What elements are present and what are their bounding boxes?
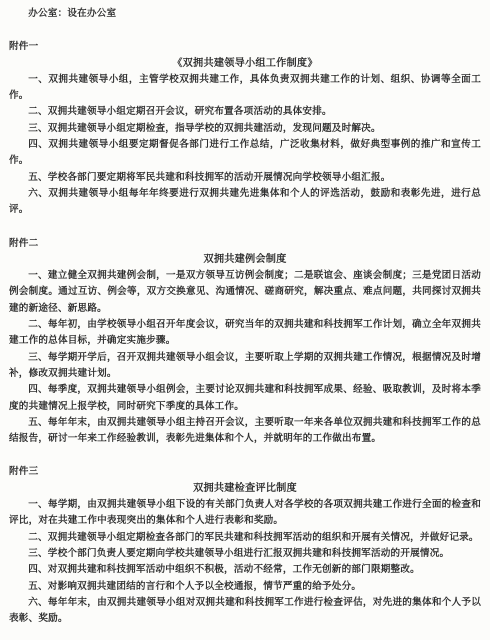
attachment-3-section: 附件三 双拥共建检查评比制度 一、每学期，由双拥共建领导小组下设的有关部门负责人… bbox=[9, 464, 481, 627]
attachment-3-paragraph: 六、每年年末，由双拥共建领导小组对双拥共建和科技拥军工作进行检查评估，对先进的集… bbox=[9, 595, 481, 628]
attachment-3-paragraph: 三、学校个部门负责人要定期向学校共建领导小组进行汇报双拥共建和科技拥军活动的开展… bbox=[9, 546, 481, 562]
attachment-1-paragraph: 三、双拥共建领导小组定期检查，指导学校的双拥共建活动，发现问题及时解决。 bbox=[9, 121, 481, 137]
document-page: 办公室：设在办公室 附件一 《双拥共建领导小组工作制度》 一、双拥共建领导小组，… bbox=[0, 0, 490, 640]
attachment-2-paragraph: 四、每季度，双拥共建领导小组例会，主要讨论双拥共建和科技拥军成果、经验、吸取教训… bbox=[9, 382, 481, 415]
attachment-2-paragraph: 一、建立健全双拥共建例会制，一是双方领导互访例会制度；二是联谊会、座谈会制度；三… bbox=[9, 268, 481, 317]
attachment-2-title: 双拥共建例会制度 bbox=[9, 252, 481, 268]
attachment-1-label: 附件一 bbox=[9, 39, 481, 55]
attachment-1-paragraph: 二、双拥共建领导小组定期召开会议，研究布置各项活动的具体安排。 bbox=[9, 104, 481, 120]
attachment-1-paragraph: 五、学校各部门要定期将军民共建和科技拥军的活动开展情况向学校领导小组汇报。 bbox=[9, 170, 481, 186]
attachment-3-label: 附件三 bbox=[9, 464, 481, 480]
attachment-3-paragraph: 一、每学期，由双拥共建领导小组下设的有关部门负责人对各学校的各项双拥共建工作进行… bbox=[9, 497, 481, 530]
attachment-1-title: 《双拥共建领导小组工作制度》 bbox=[9, 56, 481, 72]
attachment-3-paragraph: 五、对影响双拥共建团结的言行和个人予以全校通报，情节严重的给予处分。 bbox=[9, 579, 481, 595]
office-note-line: 办公室：设在办公室 bbox=[9, 6, 481, 22]
attachment-1-paragraph: 四、双拥共建领导小组要定期督促各部门进行工作总结，广泛收集材料，做好典型事例的推… bbox=[9, 137, 481, 170]
attachment-2-label: 附件二 bbox=[9, 236, 481, 252]
attachment-1-section: 附件一 《双拥共建领导小组工作制度》 一、双拥共建领导小组，主管学校双拥共建工作… bbox=[9, 39, 481, 218]
attachment-2-section: 附件二 双拥共建例会制度 一、建立健全双拥共建例会制，一是双方领导互访例会制度；… bbox=[9, 236, 481, 448]
attachment-1-paragraph: 一、双拥共建领导小组，主管学校双拥共建工作，具体负责双拥共建工作的计划、组织、协… bbox=[9, 72, 481, 105]
attachment-2-paragraph: 二、每年初，由学校领导小组召开年度会议，研究当年的双拥共建和科技拥军工作计划，确… bbox=[9, 317, 481, 350]
attachment-1-paragraph: 六、双拥共建领导小组每年年终要进行双拥共建先进集体和个人的评选活动，鼓励和表彰先… bbox=[9, 186, 481, 219]
attachment-3-title: 双拥共建检查评比制度 bbox=[9, 481, 481, 497]
attachment-2-paragraph: 五、每年年末，由双拥共建领导小组主持召开会议，主要听取一年来各单位双拥共建和科技… bbox=[9, 415, 481, 448]
attachment-3-paragraph: 二、双拥共建领导小组定期检查各部门的军民共建和科技拥军活动的组织和开展有关情况，… bbox=[9, 530, 481, 546]
attachment-2-paragraph: 三、每学期开学后，召开双拥共建领导小组会议，主要听取上学期的双拥共建工作情况，根… bbox=[9, 350, 481, 383]
attachment-3-paragraph: 四、对双拥共建和科技拥军活动中组织不积极，活动不经常，工作无创新的部门限期整改。 bbox=[9, 562, 481, 578]
